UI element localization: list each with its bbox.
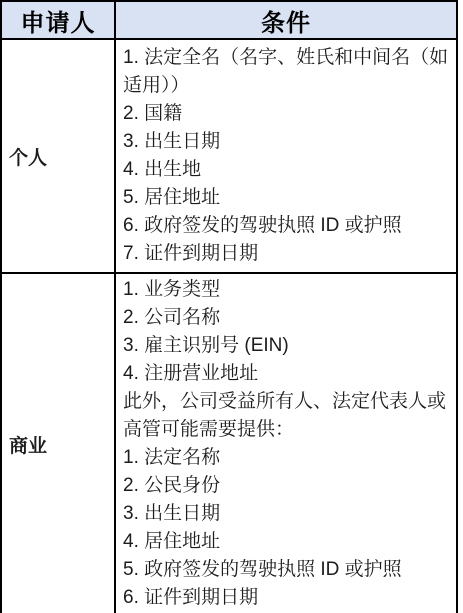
header-cell-conditions: 条件	[115, 1, 457, 39]
condition-line: 4. 注册营业地址	[123, 360, 452, 388]
applicant-label-individual: 个人	[1, 39, 115, 273]
condition-line: 4. 出生地	[123, 156, 452, 184]
condition-line: 5. 政府签发的驾驶执照 ID 或护照	[123, 556, 452, 584]
applicant-requirements-table: 申请人 条件 个人 1. 法定全名（名字、姓氏和中间名（如适用））2. 国籍3.…	[0, 0, 458, 613]
condition-line: 此外，公司受益所有人、法定代表人或高管可能需要提供：	[123, 388, 452, 444]
table-row-individual: 个人 1. 法定全名（名字、姓氏和中间名（如适用））2. 国籍3. 出生日期4.…	[1, 39, 457, 273]
condition-line: 1. 法定全名（名字、姓氏和中间名（如适用））	[123, 44, 452, 100]
table-row-business: 商业 1. 业务类型2. 公司名称3. 雇主识别号 (EIN)4. 注册营业地址…	[1, 273, 457, 613]
condition-line: 6. 政府签发的驾驶执照 ID 或护照	[123, 212, 452, 240]
condition-line: 3. 出生日期	[123, 128, 452, 156]
condition-line: 2. 国籍	[123, 100, 452, 128]
condition-line: 3. 出生日期	[123, 500, 452, 528]
condition-line: 3. 雇主识别号 (EIN)	[123, 332, 452, 360]
condition-line: 7. 证件到期日期	[123, 240, 452, 268]
condition-line: 4. 居住地址	[123, 528, 452, 556]
condition-line: 2. 公司名称	[123, 304, 452, 332]
conditions-list-individual: 1. 法定全名（名字、姓氏和中间名（如适用））2. 国籍3. 出生日期4. 出生…	[115, 39, 457, 273]
table-header-row: 申请人 条件	[1, 1, 457, 39]
condition-line: 2. 公民身份	[123, 472, 452, 500]
condition-line: 1. 业务类型	[123, 276, 452, 304]
condition-line: 1. 法定名称	[123, 444, 452, 472]
condition-line: 5. 居住地址	[123, 184, 452, 212]
conditions-list-business: 1. 业务类型2. 公司名称3. 雇主识别号 (EIN)4. 注册营业地址此外，…	[115, 273, 457, 613]
condition-line: 6. 证件到期日期	[123, 584, 452, 612]
header-cell-applicant: 申请人	[1, 1, 115, 39]
applicant-label-business: 商业	[1, 273, 115, 613]
